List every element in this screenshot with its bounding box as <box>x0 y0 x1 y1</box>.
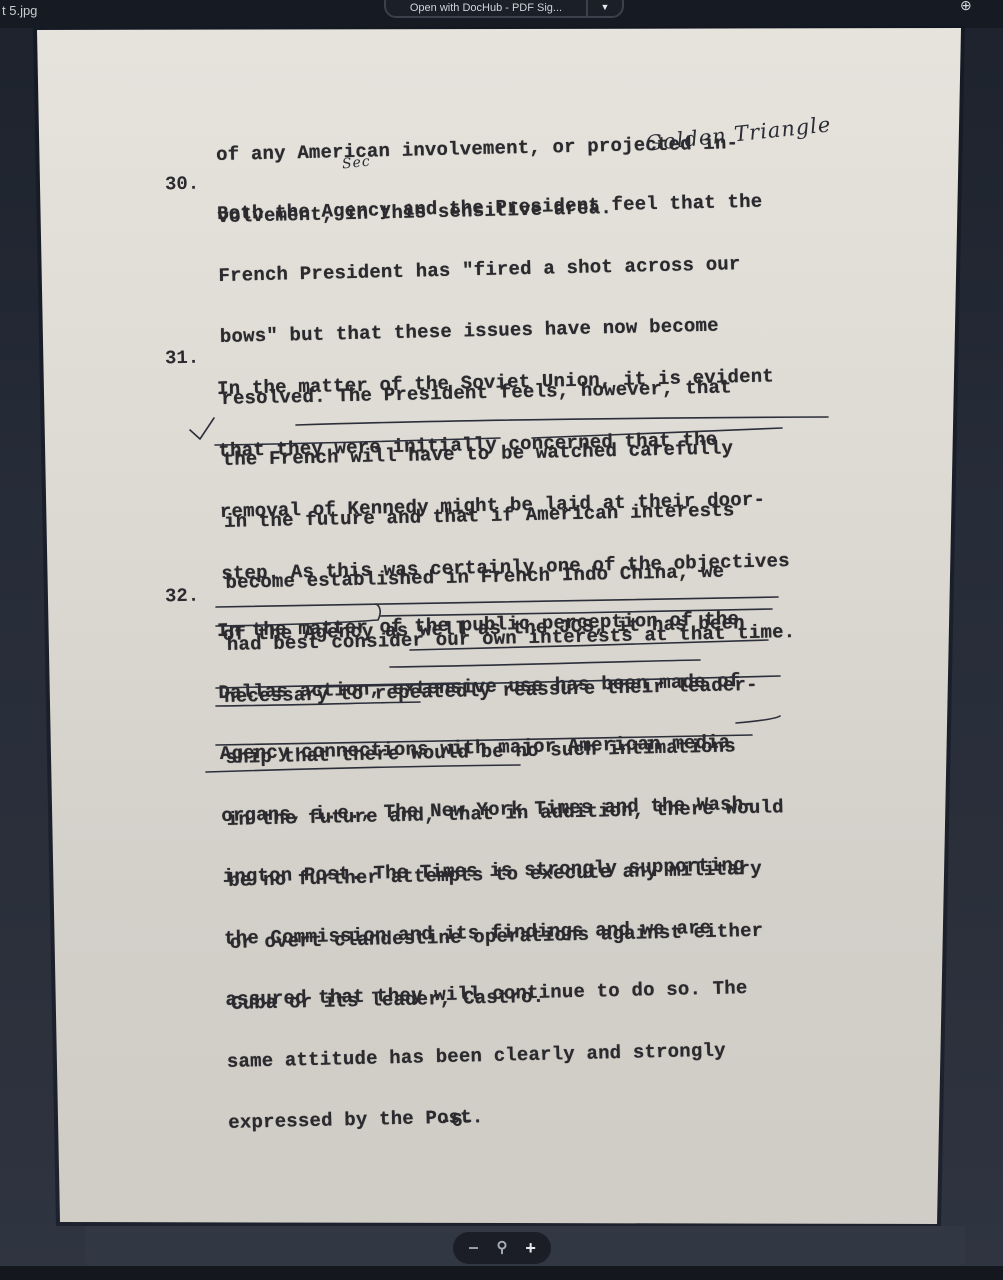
text-line: Agency connections with major American m… <box>220 732 754 765</box>
paragraph-number: 32. <box>165 585 200 608</box>
text-line: removal of Kennedy might be laid at thei… <box>220 489 789 522</box>
magnifier-icon[interactable]: ⚲ <box>491 1238 513 1258</box>
paragraph-32: In the matter of the public perception o… <box>216 568 763 1154</box>
page-number: -6- <box>440 1110 474 1132</box>
zoom-in-button[interactable]: + <box>520 1238 542 1258</box>
text-line: Both the Agency and the President feel t… <box>217 191 786 224</box>
handwritten-edit: Sec <box>341 154 371 173</box>
text-line: expressed by the Post. <box>228 1101 762 1134</box>
text-line: that they were initially concerned that … <box>218 428 787 461</box>
text-line: In the matter of the public perception o… <box>217 609 751 642</box>
paragraph-number: 30. <box>165 173 200 196</box>
text-line: the Commission and its findings and we a… <box>224 916 758 949</box>
text-line: Dallas action, extensive use has been ma… <box>218 670 752 703</box>
add-person-icon[interactable]: ⊕ <box>960 0 976 12</box>
open-with-label: Open with DocHub - PDF Sig... <box>386 0 586 14</box>
text-line: In the matter of the Soviet Union, it is… <box>217 366 786 399</box>
chevron-down-icon[interactable]: ▼ <box>586 0 622 16</box>
text-line: assured that they will continue to do so… <box>225 978 759 1011</box>
zoom-controls: − ⚲ + <box>453 1232 551 1264</box>
text-line: same attitude has been clearly and stron… <box>227 1039 761 1072</box>
paragraph-number: 31. <box>165 347 200 370</box>
text-line: French President has "fired a shot acros… <box>218 253 787 286</box>
text-line: organs, i.e., The New York Times and the… <box>221 793 755 826</box>
viewer-top-bar: t 5.jpg Open with DocHub - PDF Sig... ▼ … <box>0 0 1003 28</box>
screen-bottom-edge <box>0 1266 1003 1280</box>
open-with-button[interactable]: Open with DocHub - PDF Sig... ▼ <box>384 0 624 18</box>
zoom-out-button[interactable]: − <box>462 1238 484 1258</box>
text-line: ington Post. The Times is strongly suppo… <box>223 855 757 888</box>
file-name: t 5.jpg <box>2 3 37 18</box>
